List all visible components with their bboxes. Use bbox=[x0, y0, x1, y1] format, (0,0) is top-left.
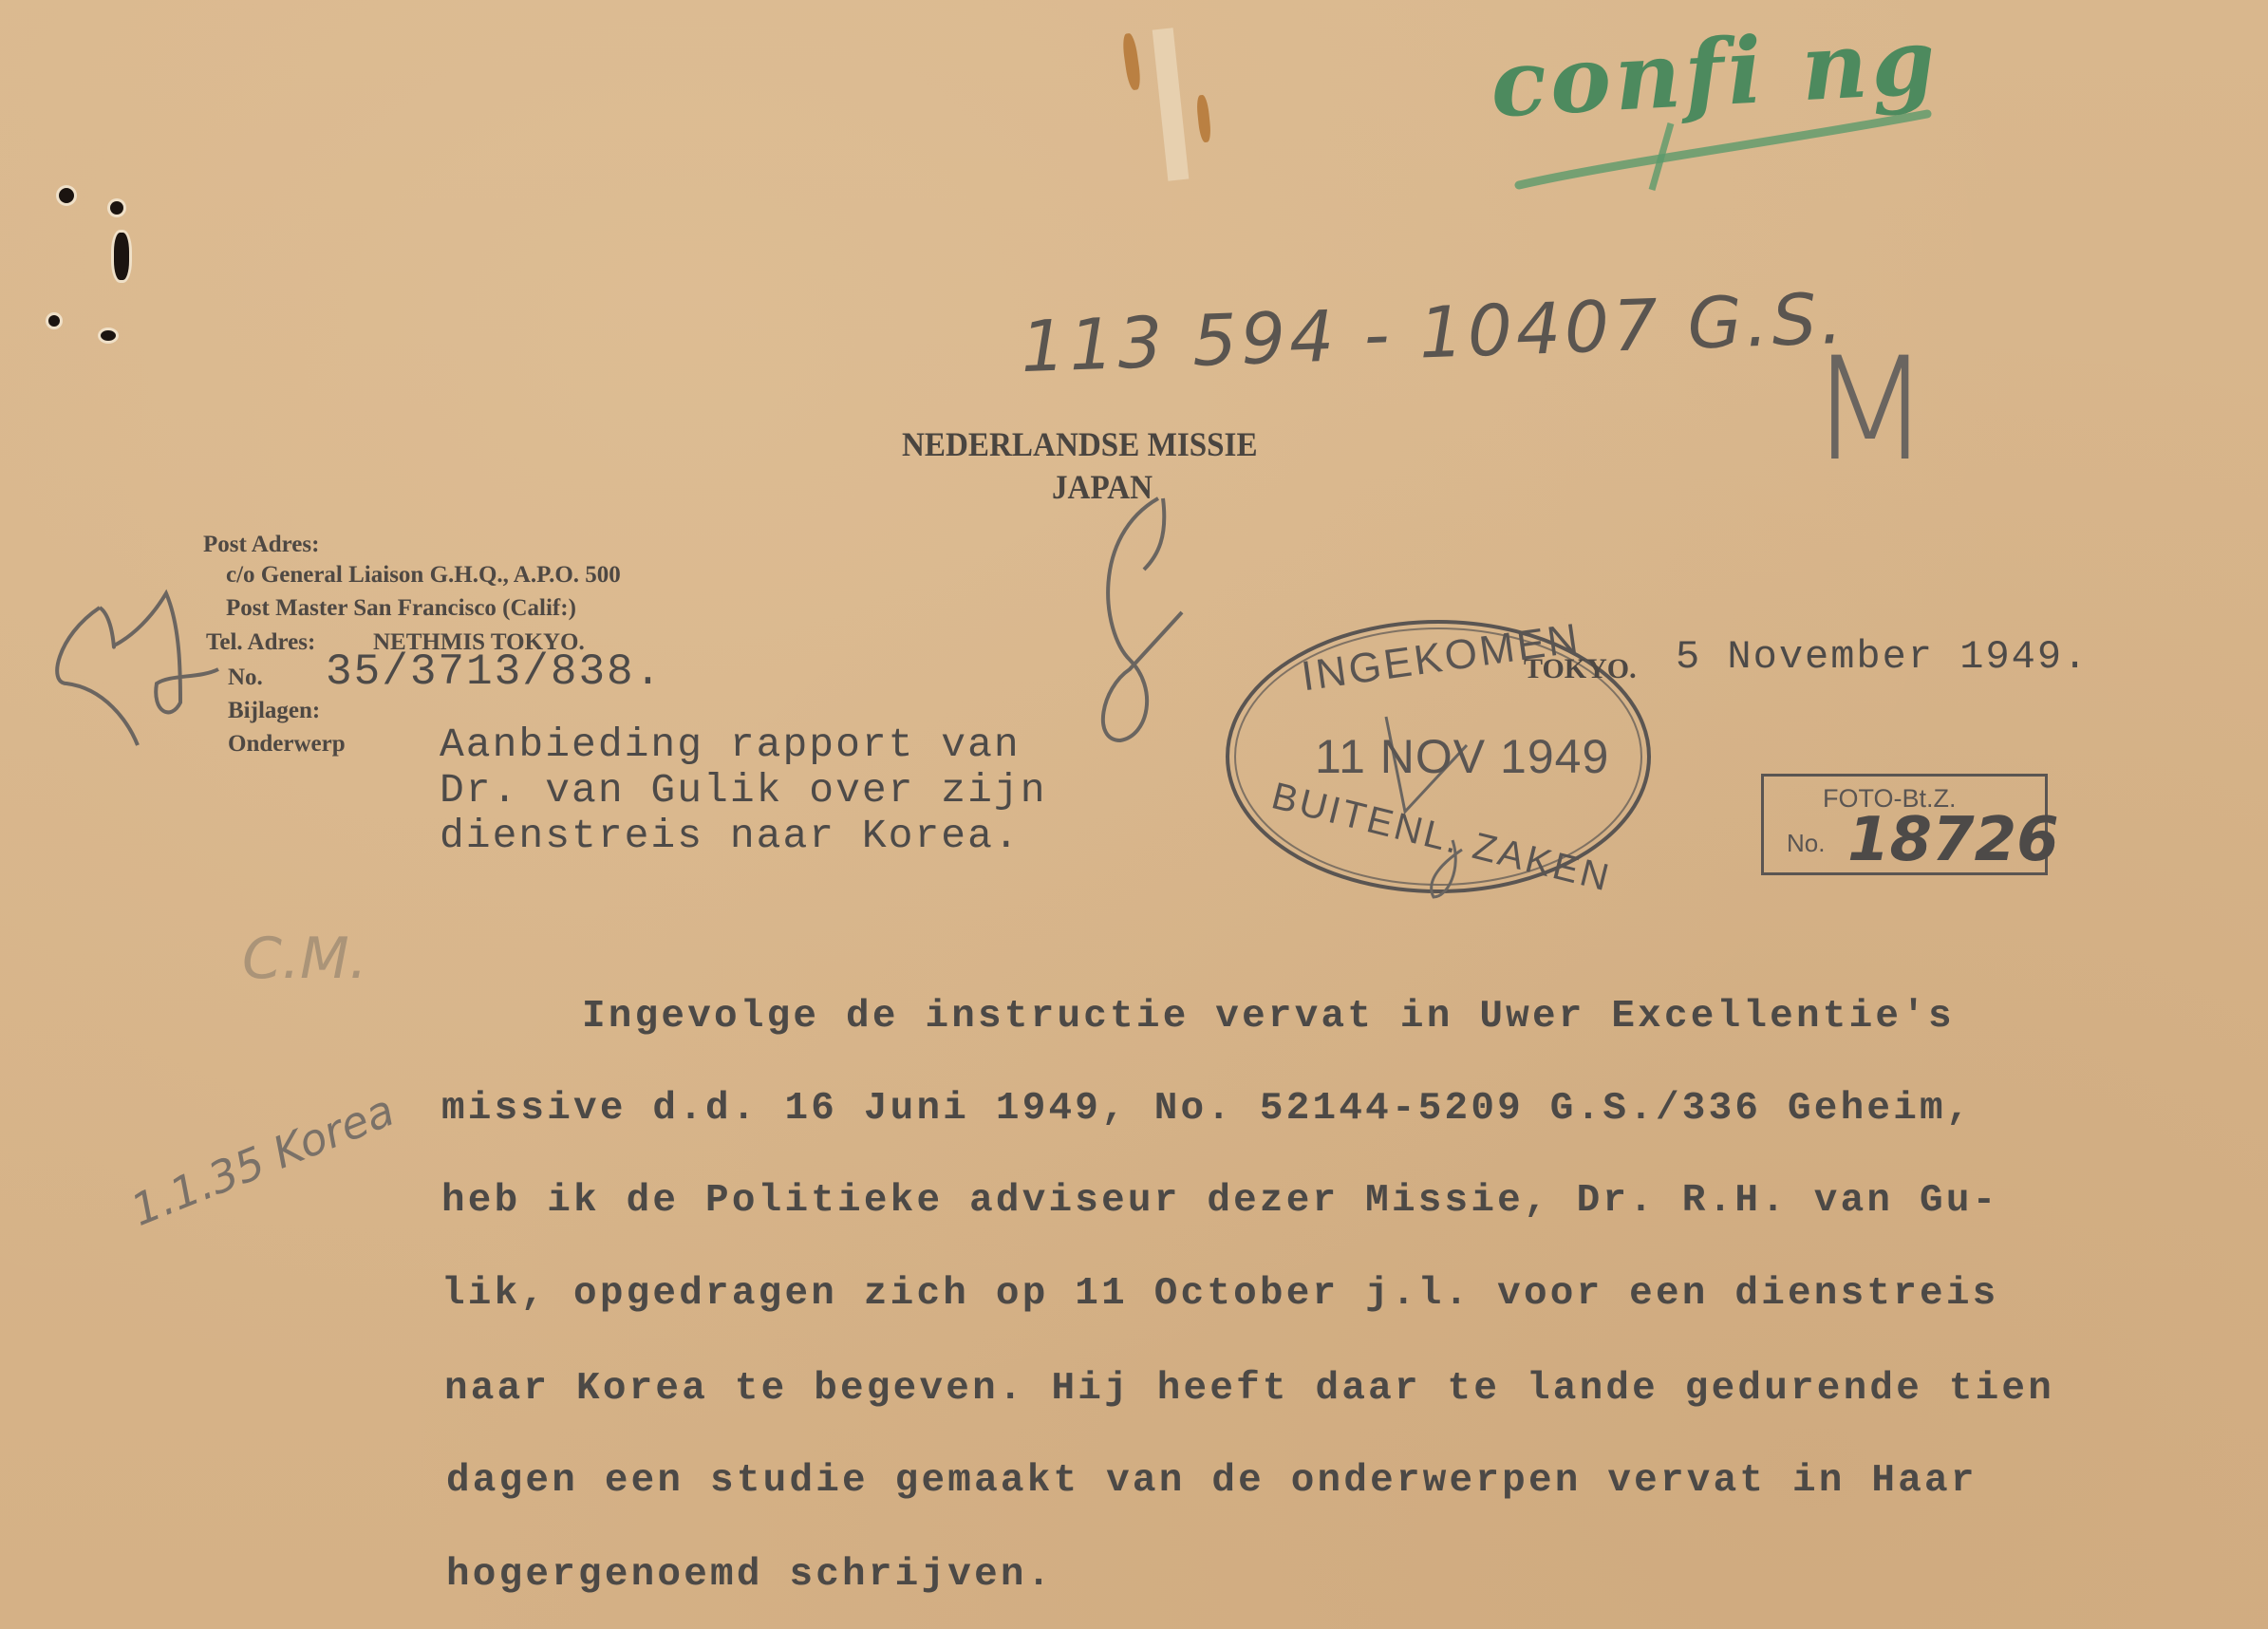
punch-hole bbox=[101, 330, 116, 341]
post-address-label: Post Adres: bbox=[203, 532, 319, 558]
punch-hole bbox=[59, 188, 74, 203]
body-line: heb ik de Politieke adviseur dezer Missi… bbox=[441, 1179, 1998, 1223]
punch-hole bbox=[114, 233, 129, 280]
handwritten-file-number: 113 594 - 10407 G.S. bbox=[1020, 278, 1848, 388]
subject-line: Dr. van Gulik over zijn bbox=[440, 767, 1047, 814]
margin-faint-mark: C.M. bbox=[242, 926, 367, 992]
letterhead-title: NEDERLANDSE MISSIE bbox=[902, 424, 1258, 464]
body-line: dagen een studie gemaakt van de onderwer… bbox=[446, 1459, 1977, 1503]
foto-no-label: No. bbox=[1787, 829, 1825, 858]
dateline-date: 5 November 1949. bbox=[1676, 634, 2089, 680]
body-line: naar Korea te begeven. Hij heeft daar te… bbox=[444, 1367, 2054, 1411]
subject-label: Onderwerp bbox=[228, 731, 346, 758]
attachments-label: Bijlagen: bbox=[228, 698, 320, 724]
staple-mark bbox=[1153, 28, 1190, 180]
reference-number: 35/3713/838. bbox=[326, 647, 663, 697]
foto-reference-box: FOTO-Bt.Z. No. 18726 bbox=[1761, 774, 2048, 875]
rust-stain bbox=[1121, 32, 1142, 90]
body-line: hogergenoemd schrijven. bbox=[446, 1553, 1054, 1597]
body-line: Ingevolge de instructie vervat in Uwer E… bbox=[582, 995, 1955, 1039]
punch-hole bbox=[48, 315, 60, 327]
subject-line: Aanbieding rapport van bbox=[440, 721, 1021, 768]
tel-address-label: Tel. Adres: bbox=[206, 629, 315, 656]
number-label: No. bbox=[228, 665, 263, 691]
margin-note-korea: 1.1.35 Korea bbox=[124, 1084, 402, 1236]
body-line: missive d.d. 16 Juni 1949, No. 52144-520… bbox=[441, 1087, 1973, 1131]
dateline-place: TOKYO. bbox=[1524, 653, 1637, 685]
rust-stain bbox=[1195, 95, 1211, 143]
stamp-date: 11 NOV 1949 bbox=[1315, 729, 1609, 784]
punch-hole bbox=[110, 201, 123, 215]
post-address-line1: c/o General Liaison G.H.Q., A.P.O. 500 bbox=[226, 562, 621, 589]
green-underline-icon bbox=[1509, 104, 1965, 199]
handwritten-g-mark-icon bbox=[1092, 498, 1206, 745]
post-address-line2: Post Master San Francisco (Calif:) bbox=[226, 595, 576, 622]
signature-scribble-icon bbox=[47, 579, 209, 740]
handwritten-initial-m: M bbox=[1809, 328, 1931, 493]
subject-line: dienstreis naar Korea. bbox=[440, 813, 1021, 859]
foto-number: 18726 bbox=[1847, 805, 2059, 875]
body-line: lik, opgedragen zich op 11 October j.l. … bbox=[441, 1272, 1998, 1316]
